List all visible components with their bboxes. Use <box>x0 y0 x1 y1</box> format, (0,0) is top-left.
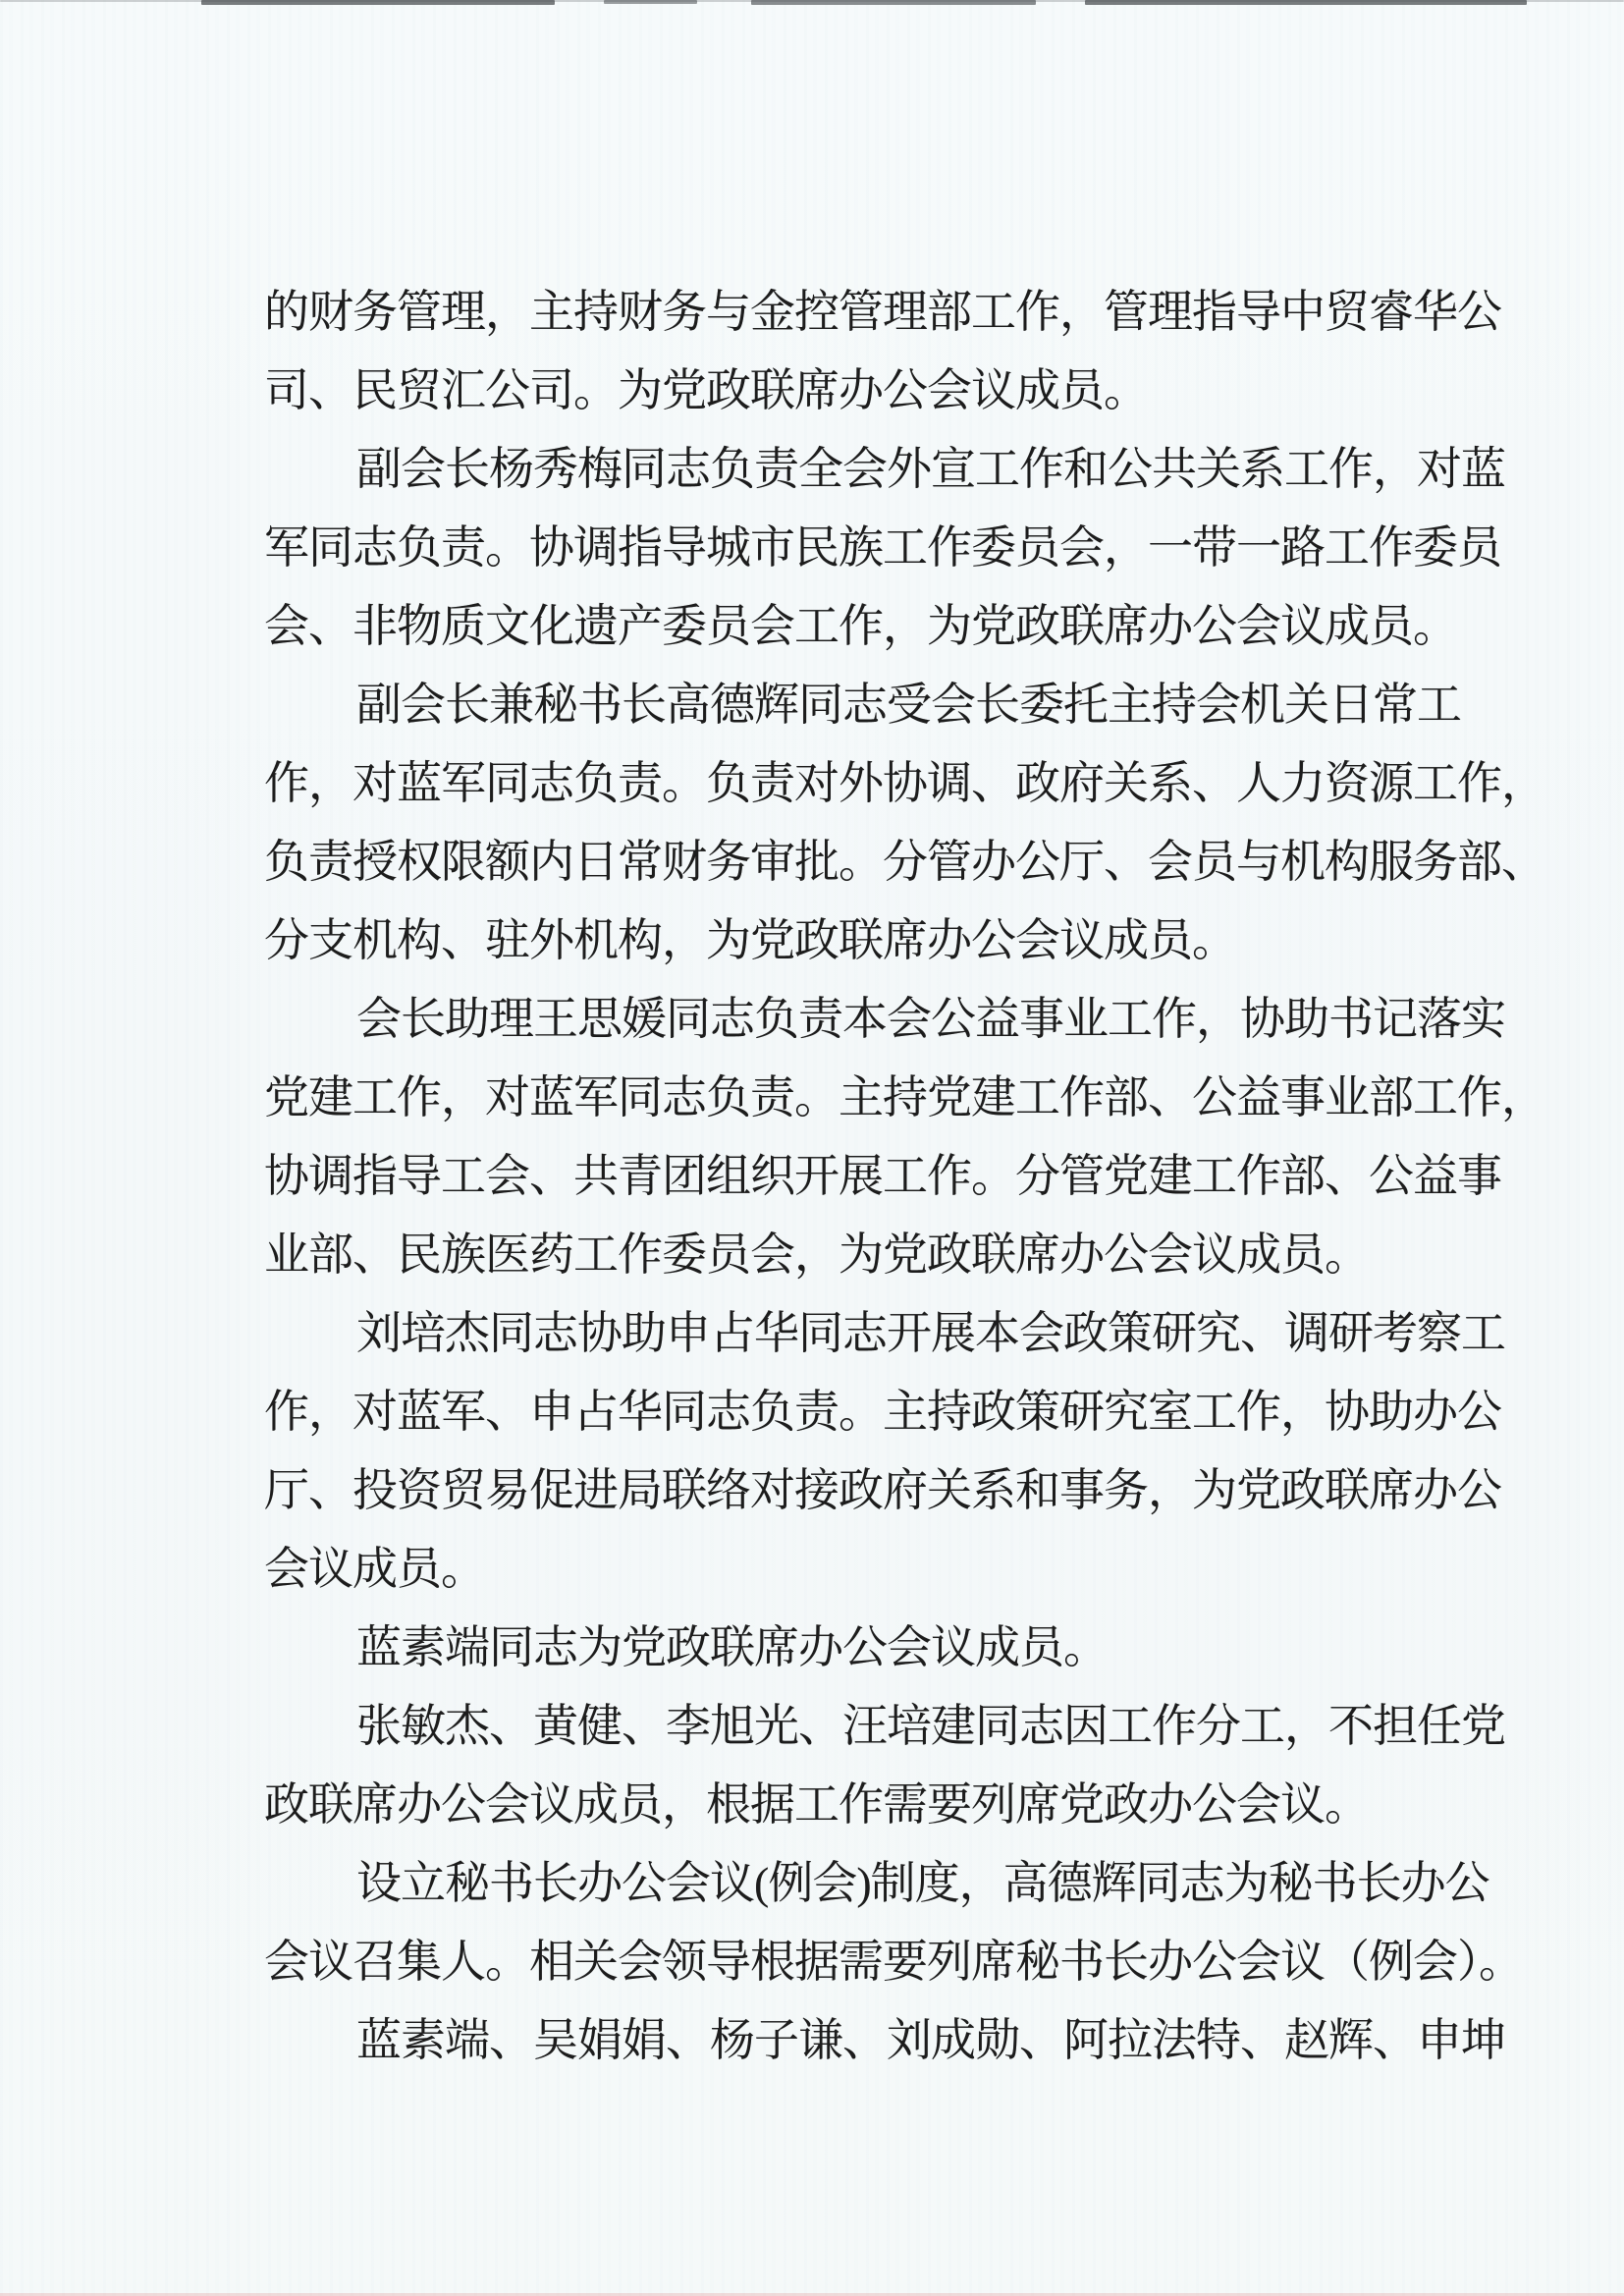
text-line: 副会长杨秀梅同志负责全会外宣工作和公共关系工作，对蓝 <box>264 430 1550 509</box>
text-line: 党建工作，对蓝军同志负责。主持党建工作部、公益事业部工作， <box>264 1059 1550 1137</box>
text-line: 会、非物质文化遗产委员会工作，为党政联席办公会议成员。 <box>264 587 1550 666</box>
document-page: 的财务管理，主持财务与金控管理部工作，管理指导中贸睿华公 司、民贸汇公司。为党政… <box>0 0 1624 2296</box>
text-line: 厅、投资贸易促进局联络对接政府关系和事务，为党政联席办公 <box>264 1451 1550 1530</box>
scan-artifact-top <box>201 0 555 5</box>
text-line: 会长助理王思媛同志负责本会公益事业工作，协助书记落实 <box>264 980 1550 1059</box>
text-line: 会议召集人。相关会领导根据需要列席秘书长办公会议（例会）。 <box>264 1923 1550 2001</box>
text-line: 分支机构、驻外机构，为党政联席办公会议成员。 <box>264 902 1550 980</box>
text-line: 政联席办公会议成员，根据工作需要列席党政办公会议。 <box>264 1766 1550 1844</box>
scan-artifact-top <box>751 0 1036 5</box>
scan-artifact-top <box>604 0 697 4</box>
scan-artifact-top <box>1085 0 1527 5</box>
text-line: 副会长兼秘书长高德辉同志受会长委托主持会机关日常工 <box>264 666 1550 744</box>
text-line: 业部、民族医药工作委员会，为党政联席办公会议成员。 <box>264 1216 1550 1294</box>
text-line: 会议成员。 <box>264 1530 1550 1609</box>
text-line: 蓝素端同志为党政联席办公会议成员。 <box>264 1609 1550 1687</box>
document-text-block: 的财务管理，主持财务与金控管理部工作，管理指导中贸睿华公 司、民贸汇公司。为党政… <box>264 273 1550 2080</box>
text-line: 军同志负责。协调指导城市民族工作委员会，一带一路工作委员 <box>264 509 1550 587</box>
text-line: 司、民贸汇公司。为党政联席办公会议成员。 <box>264 352 1550 430</box>
text-line: 张敏杰、黄健、李旭光、汪培建同志因工作分工，不担任党 <box>264 1687 1550 1766</box>
text-line: 设立秘书长办公会议(例会)制度，高德辉同志为秘书长办公 <box>264 1844 1550 1923</box>
text-line: 作，对蓝军同志负责。负责对外协调、政府关系、人力资源工作， <box>264 744 1550 823</box>
text-line: 刘培杰同志协助申占华同志开展本会政策研究、调研考察工 <box>264 1294 1550 1373</box>
text-line: 协调指导工会、共青团组织开展工作。分管党建工作部、公益事 <box>264 1137 1550 1216</box>
text-line: 的财务管理，主持财务与金控管理部工作，管理指导中贸睿华公 <box>264 273 1550 352</box>
text-line: 负责授权限额内日常财务审批。分管办公厅、会员与机构服务部、 <box>264 823 1550 902</box>
text-line: 作，对蓝军、申占华同志负责。主持政策研究室工作，协助办公 <box>264 1373 1550 1451</box>
text-line: 蓝素端、吴娟娟、杨子谦、刘成勋、阿拉法特、赵辉、申坤 <box>264 2001 1550 2080</box>
